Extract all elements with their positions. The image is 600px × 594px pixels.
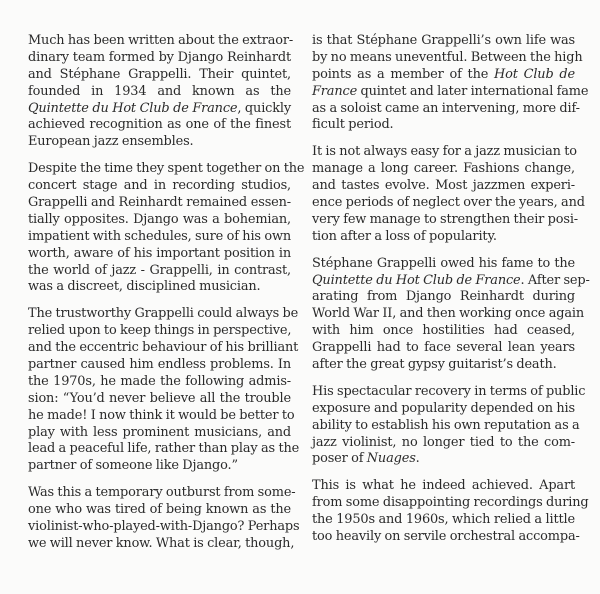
text-line: exposure and popularity depended on his: [312, 401, 575, 418]
text-line: play with less prominent musicians, and: [28, 425, 291, 442]
text-line: Quintette du Hot Club de France, quickly: [28, 101, 291, 118]
paragraph: The trustworthy Grappelli could always b…: [28, 306, 291, 475]
text-line: Was this a temporary outburst from some-: [28, 485, 291, 502]
text-line: The trustworthy Grappelli could always b…: [28, 306, 291, 323]
paragraph: This is what he indeed achieved. Apartfr…: [312, 478, 575, 546]
text-line: with him once hostilities had ceased,: [312, 323, 575, 340]
text-line: His spectacular recovery in terms of pub…: [312, 384, 575, 401]
text-line: he made! I now think it would be better …: [28, 408, 291, 425]
text-line: lead a peaceful life, rather than play a…: [28, 441, 291, 458]
text-line: Grappelli and Reinhardt remained essen-: [28, 195, 291, 212]
text-line: tion after a loss of popularity.: [312, 229, 575, 246]
text-line: poser of Nuages.: [312, 451, 575, 468]
booklet-page: Much has been written about the extraor-…: [0, 0, 600, 594]
text-line: European jazz ensembles.: [28, 134, 291, 151]
text-line: the 1950s and 1960s, which relied a litt…: [312, 512, 575, 529]
text-line: violinist-who-played-with-Django? Perhap…: [28, 519, 291, 536]
text-line: by no means uneventful. Between the high: [312, 50, 575, 67]
text-line: sion: “You’d never believe all the troub…: [28, 391, 291, 408]
text-line: Grappelli had to face several lean years: [312, 340, 575, 357]
text-line: Despite the time they spent together on …: [28, 161, 291, 178]
text-line: the 1970s, he made the following admis-: [28, 374, 291, 391]
paragraph: Stéphane Grappelli owed his fame to theQ…: [312, 256, 575, 374]
text-line: achieved recognition as one of the fines…: [28, 117, 291, 134]
text-line: worth, aware of his important position i…: [28, 246, 291, 263]
text-line: Much has been written about the extraor-: [28, 33, 291, 50]
text-line: was a discreet, disciplined musician.: [28, 279, 291, 296]
text-line: we will never know. What is clear, thoug…: [28, 536, 291, 553]
left-column: Much has been written about the extraor-…: [28, 33, 291, 563]
text-line: arating from Django Reinhardt during: [312, 289, 575, 306]
text-line: is that Stéphane Grappelli’s own life wa…: [312, 33, 575, 50]
text-line: ence periods of neglect over the years, …: [312, 195, 575, 212]
text-line: ficult period.: [312, 117, 575, 134]
text-line: World War II, and then working once agai…: [312, 306, 575, 323]
paragraph: Much has been written about the extraor-…: [28, 33, 291, 151]
text-line: relied upon to keep things in perspectiv…: [28, 323, 291, 340]
text-line: concert stage and in recording studios,: [28, 178, 291, 195]
text-line: dinary team formed by Django Reinhardt: [28, 50, 291, 67]
text-line: as a soloist came an intervening, more d…: [312, 101, 575, 118]
text-line: This is what he indeed achieved. Apart: [312, 478, 575, 495]
text-line: France quintet and later international f…: [312, 84, 575, 101]
text-line: Stéphane Grappelli owed his fame to the: [312, 256, 575, 273]
paragraph: is that Stéphane Grappelli’s own life wa…: [312, 33, 575, 134]
text-line: partner of someone like Django.”: [28, 458, 291, 475]
text-line: and tastes evolve. Most jazzmen experi-: [312, 178, 575, 195]
text-line: partner caused him endless problems. In: [28, 357, 291, 374]
text-line: It is not always easy for a jazz musicia…: [312, 144, 575, 161]
right-column: is that Stéphane Grappelli’s own life wa…: [312, 33, 575, 556]
text-line: after the great gypsy guitarist’s death.: [312, 357, 575, 374]
text-line: one who was tired of being known as the: [28, 502, 291, 519]
text-line: the world of jazz - Grappelli, in contra…: [28, 263, 291, 280]
text-line: very few manage to strengthen their posi…: [312, 212, 575, 229]
text-line: jazz violinist, no longer tied to the co…: [312, 435, 575, 452]
paragraph: Was this a temporary outburst from some-…: [28, 485, 291, 553]
text-line: Quintette du Hot Club de France. After s…: [312, 273, 575, 290]
text-line: too heavily on servile orchestral accomp…: [312, 529, 575, 546]
paragraph: Despite the time they spent together on …: [28, 161, 291, 296]
paragraph: It is not always easy for a jazz musicia…: [312, 144, 575, 245]
text-line: and the eccentric behaviour of his brill…: [28, 340, 291, 357]
paragraph: His spectacular recovery in terms of pub…: [312, 384, 575, 468]
text-line: from some disappointing recordings durin…: [312, 495, 575, 512]
text-line: ability to establish his own reputation …: [312, 418, 575, 435]
text-line: tially opposites. Django was a bohemian,: [28, 212, 291, 229]
text-line: points as a member of the Hot Club de: [312, 67, 575, 84]
text-line: manage a long career. Fashions change,: [312, 161, 575, 178]
text-line: impatient with schedules, sure of his ow…: [28, 229, 291, 246]
text-line: and Stéphane Grappelli. Their quintet,: [28, 67, 291, 84]
text-line: founded in 1934 and known as the: [28, 84, 291, 101]
